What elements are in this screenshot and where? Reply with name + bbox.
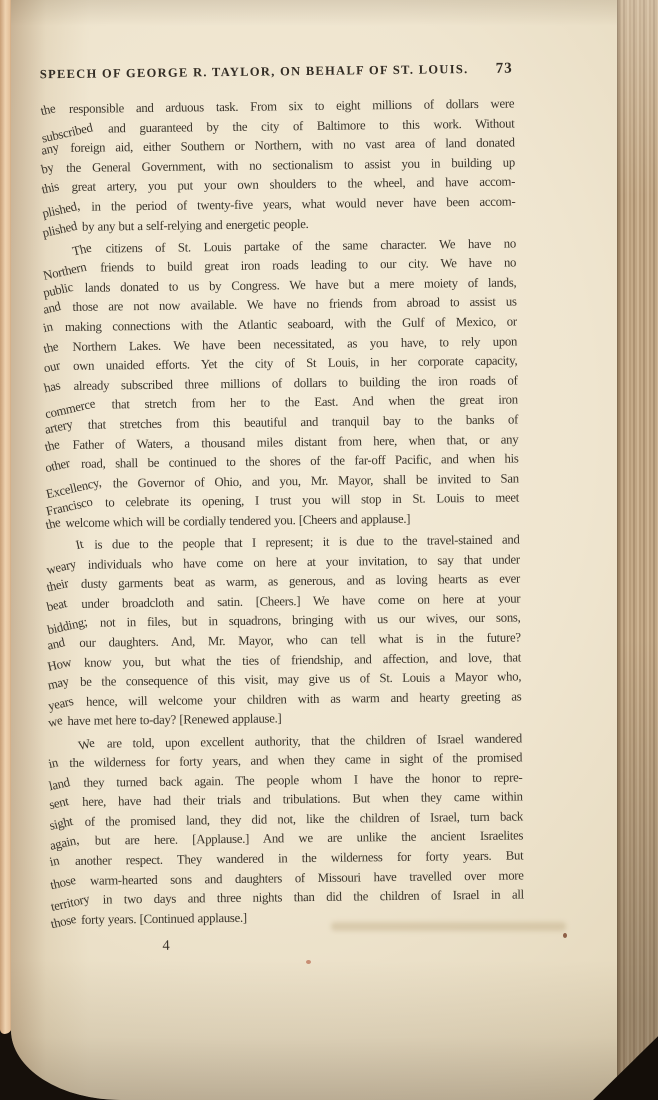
paragraph: the responsible and arduous task. From s… bbox=[42, 94, 516, 237]
paragraph: The citizens of St. Louis partake of the… bbox=[44, 234, 520, 534]
fore-edge-tone bbox=[617, 0, 658, 1100]
bottom-edge-shading bbox=[11, 960, 617, 1100]
show-through-smudge bbox=[331, 922, 566, 931]
text-block: the responsible and arduous task. From s… bbox=[42, 94, 524, 930]
page-number: 73 bbox=[496, 61, 513, 78]
curled-first-word: by bbox=[39, 158, 55, 180]
paper-speck bbox=[563, 933, 567, 938]
curled-first-word: our bbox=[42, 357, 62, 380]
curled-first-word: and bbox=[45, 633, 66, 656]
curled-first-word: those bbox=[49, 910, 78, 935]
curled-first-word: the bbox=[43, 435, 62, 457]
curled-first-word: has bbox=[42, 376, 62, 399]
paragraph: We are told, upon excellent authority, t… bbox=[50, 729, 524, 931]
running-header: SPEECH OF GEORGE R. TAYLOR, ON BEHALF OF… bbox=[40, 61, 513, 84]
page-content: SPEECH OF GEORGE R. TAYLOR, ON BEHALF OF… bbox=[11, 0, 617, 1100]
book-page: SPEECH OF GEORGE R. TAYLOR, ON BEHALF OF… bbox=[11, 0, 617, 1100]
curled-first-word: we bbox=[46, 712, 64, 734]
curled-first-word: beat bbox=[45, 594, 69, 618]
fore-edge-pages bbox=[617, 0, 658, 1100]
signature-mark: 4 bbox=[162, 938, 169, 955]
paragraph: It is due to the people that I represent… bbox=[47, 531, 521, 733]
curled-first-word: in bbox=[47, 754, 60, 775]
curled-first-word: the bbox=[39, 99, 58, 121]
page-title: SPEECH OF GEORGE R. TAYLOR, ON BEHALF OF… bbox=[40, 62, 469, 82]
curled-first-word: in bbox=[41, 317, 54, 338]
book-photo: SPEECH OF GEORGE R. TAYLOR, ON BEHALF OF… bbox=[0, 0, 658, 1100]
